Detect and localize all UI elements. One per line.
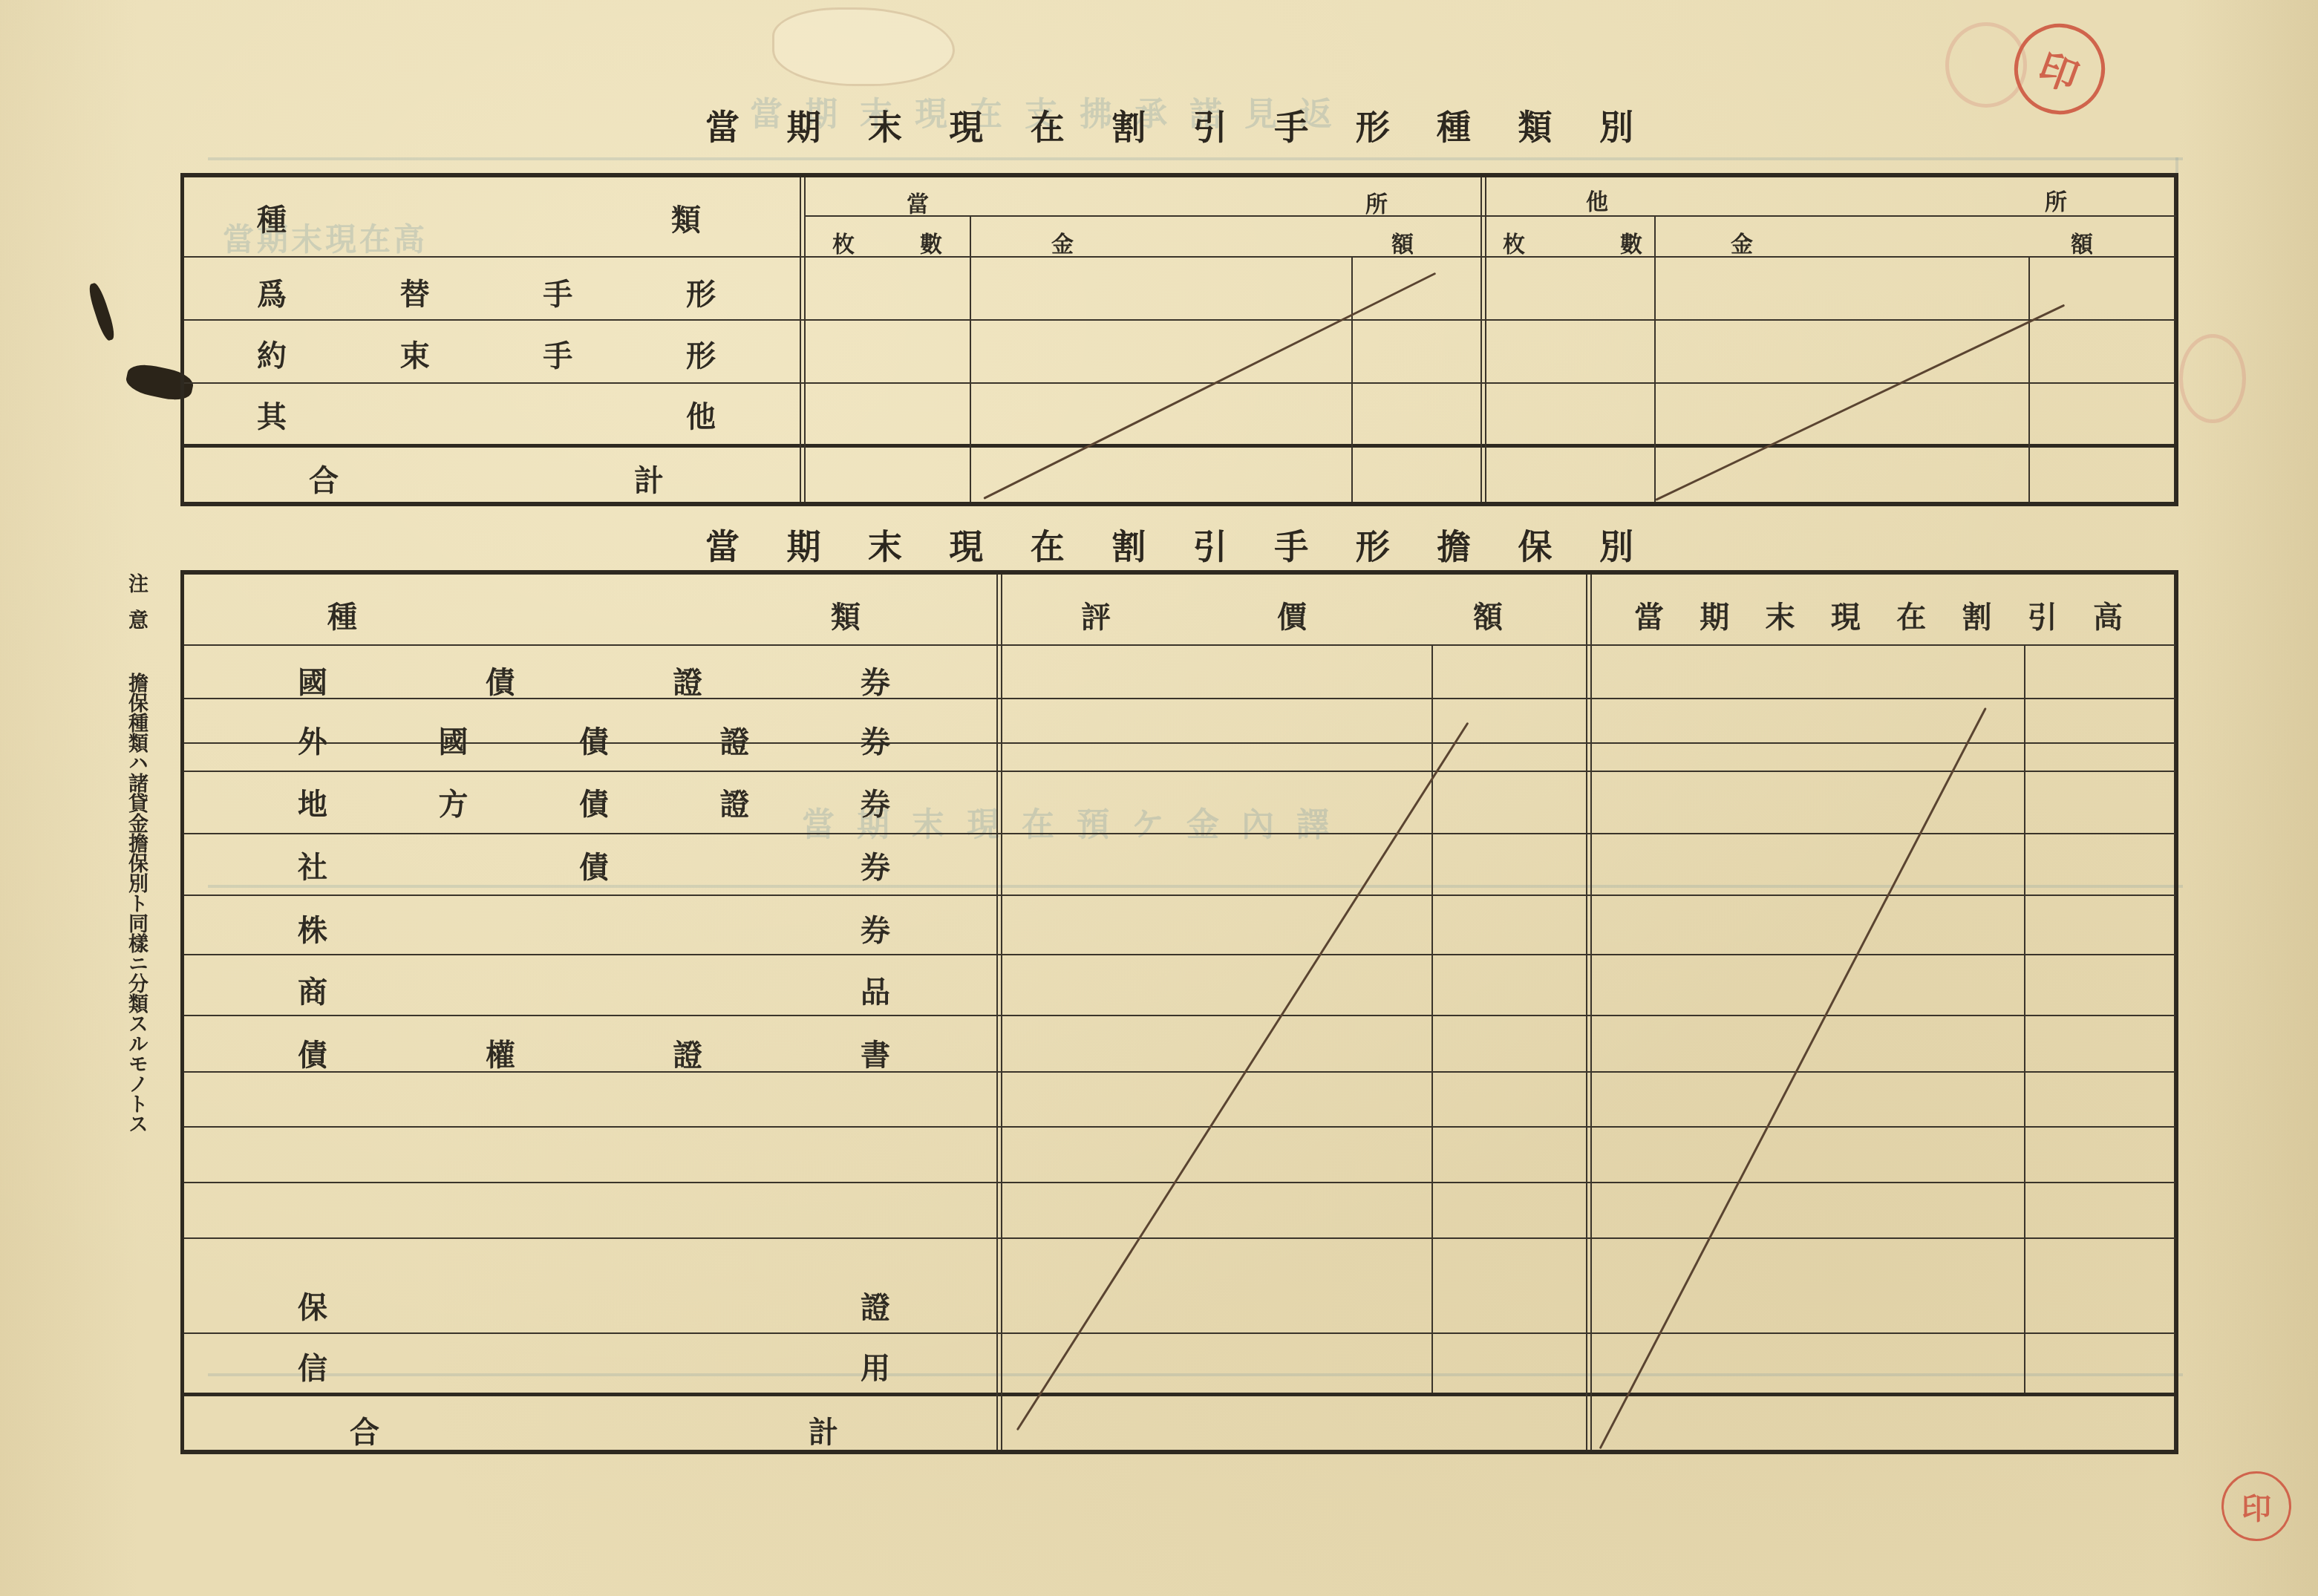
table1-total-label: 合 計 — [308, 457, 665, 500]
header-char: 評 — [1080, 594, 1111, 636]
table1-header-this-office: 當 所 — [902, 186, 1392, 218]
title-char: 引 — [1193, 520, 1227, 569]
label-char: 束 — [399, 333, 431, 375]
label-char: 券 — [860, 659, 891, 701]
header-char: 額 — [2066, 226, 2097, 258]
title-char: 在 — [1031, 100, 1065, 149]
header-char: 金 — [1047, 226, 1078, 258]
label-char: 債 — [297, 1032, 328, 1074]
label-char: 債 — [578, 781, 610, 823]
table1-header-amount: 金 額 — [1047, 226, 1418, 258]
header-char: 數 — [1616, 226, 1647, 258]
table1-total-rule — [184, 444, 2175, 448]
label-char: 方 — [438, 781, 469, 823]
table2-row-rule — [184, 1182, 2175, 1183]
label-char: 形 — [685, 333, 716, 375]
header-char: 額 — [1472, 594, 1504, 636]
label-char: 信 — [297, 1345, 328, 1387]
table1-office-divider — [1480, 177, 1482, 502]
table2-total-rule — [184, 1393, 2175, 1396]
label-char: 合 — [308, 457, 339, 500]
header-char: 類 — [670, 197, 702, 239]
title-char: 種 — [1437, 100, 1471, 149]
table2-header-discount-balance: 當 期 末 現 在 割 引 高 — [1633, 594, 2123, 636]
title-char: 手 — [1274, 100, 1308, 149]
title-char: 在 — [1031, 520, 1065, 569]
table1-amount-inner — [2028, 256, 2030, 502]
label-char: 國 — [438, 719, 469, 761]
header-char: 所 — [1361, 186, 1392, 218]
label-char: 券 — [860, 781, 891, 823]
title-char: 形 — [1356, 100, 1390, 149]
title-char: 現 — [949, 100, 983, 149]
table2-header-rule — [184, 644, 2175, 646]
label-char: 商 — [297, 969, 328, 1011]
label-char: 債 — [578, 844, 610, 886]
table2-row-rule — [184, 1237, 2175, 1239]
header-char: 引 — [2027, 594, 2058, 636]
label-char: 品 — [860, 969, 891, 1011]
header-char: 額 — [1387, 226, 1418, 258]
label-char: 證 — [672, 659, 703, 701]
table2-col-divider — [1586, 575, 1587, 1450]
table1-row-label: 其 他 — [256, 393, 716, 436]
table2-row-rule — [184, 954, 2175, 955]
table1-header-other-office: 他 所 — [1581, 183, 2071, 216]
table1-row-label: 約 束 手 形 — [256, 333, 716, 375]
table1-header-count: 枚 數 — [1498, 226, 1647, 258]
header-char: 他 — [1581, 183, 1613, 216]
label-char: 株 — [297, 907, 328, 949]
table2-border-right — [2174, 570, 2178, 1454]
title-char: 割 — [1111, 100, 1146, 149]
table2-row-label: 國 債 證 券 — [297, 659, 891, 701]
label-char: 手 — [542, 271, 573, 313]
title-char: 末 — [868, 520, 902, 569]
label-char: 權 — [485, 1032, 516, 1074]
red-seal-top-right: 印 — [2002, 11, 2118, 127]
label-char: 保 — [297, 1284, 328, 1327]
side-note: 注意擔保種類ハ諸貸金擔保別ト同樣ニ分類スルモノトス — [119, 573, 148, 1134]
cancel-stroke — [1655, 304, 2065, 501]
table1-count-divider — [1654, 215, 1656, 502]
seal-glyph: 印 — [2242, 1485, 2271, 1528]
table2-total-label: 合 計 — [349, 1409, 839, 1451]
header-char: 高 — [2092, 594, 2123, 636]
title-char: 期 — [786, 520, 820, 569]
table2-row-label: 信 用 — [297, 1345, 891, 1387]
table1-header-kind: 種 類 — [256, 197, 702, 239]
cancel-stroke — [1599, 707, 1987, 1449]
label-char: 社 — [297, 844, 328, 886]
label-char: 外 — [297, 719, 328, 761]
table1-label-divider — [804, 177, 806, 502]
table2-row-label: 地 方 債 證 券 — [297, 781, 891, 823]
label-char: 用 — [860, 1345, 891, 1387]
header-char: 當 — [1633, 594, 1665, 636]
cancel-stroke — [983, 272, 1436, 500]
table1-office-divider — [1485, 177, 1486, 502]
table2-row-label: 社 債 券 — [297, 844, 891, 886]
ink-blot — [86, 281, 117, 342]
title-char: 手 — [1274, 520, 1308, 569]
table1-amount-inner — [1351, 256, 1353, 502]
table2-label-divider — [1001, 575, 1002, 1450]
label-char: 他 — [685, 393, 716, 436]
table1-border-right — [2174, 173, 2178, 506]
label-char: 證 — [719, 781, 751, 823]
table1-count-divider — [970, 215, 971, 502]
table2-title: 當 期 末 現 在 割 引 手 形 擔 保 別 — [705, 520, 1633, 569]
table2-col-divider — [1590, 575, 1592, 1450]
header-char: 類 — [830, 594, 861, 636]
table1-header-count: 枚 數 — [828, 226, 947, 258]
table1-row-rule — [184, 382, 2175, 384]
label-char: 合 — [349, 1409, 380, 1451]
title-char: 類 — [1518, 100, 1553, 149]
label-char: 計 — [633, 457, 665, 500]
label-char: 形 — [685, 271, 716, 313]
table2-row-label: 商 品 — [297, 969, 891, 1011]
label-char: 債 — [485, 659, 516, 701]
label-char: 地 — [297, 781, 328, 823]
label-char: 券 — [860, 719, 891, 761]
seal-glyph: 印 — [2032, 36, 2088, 102]
header-char: 在 — [1896, 594, 1927, 636]
header-char: 數 — [915, 226, 947, 258]
header-char: 現 — [1830, 594, 1861, 636]
table2-row-label: 債 權 證 書 — [297, 1032, 891, 1074]
label-char: 爲 — [256, 271, 287, 313]
header-char: 當 — [902, 186, 933, 218]
header-char: 割 — [1961, 594, 1992, 636]
table1-row-label: 爲 替 手 形 — [256, 271, 716, 313]
table2-row-rule — [184, 895, 2175, 896]
title-char: 當 — [705, 520, 740, 569]
table2-header-kind: 種 類 — [327, 594, 861, 636]
header-char: 種 — [256, 197, 287, 239]
table1-label-divider — [800, 177, 801, 502]
title-char: 末 — [868, 100, 902, 149]
table2-row-rule — [184, 1332, 2175, 1334]
title-char: 引 — [1193, 100, 1227, 149]
title-char: 現 — [949, 520, 983, 569]
red-seal-bottom-right: 印 — [2221, 1471, 2291, 1541]
table1-title: 當 期 末 現 在 割 引 手 形 種 類 別 — [705, 100, 1633, 149]
table2-row-label: 外 國 債 證 券 — [297, 719, 891, 761]
faint-seal — [2179, 334, 2246, 423]
header-char: 價 — [1276, 594, 1307, 636]
table2-label-divider — [996, 575, 998, 1450]
label-char: 替 — [399, 271, 431, 313]
label-char: 書 — [860, 1032, 891, 1074]
table1-header-amount: 金 額 — [1726, 226, 2097, 258]
table2-row-rule — [184, 771, 2175, 772]
label-char: 計 — [808, 1409, 839, 1451]
header-char: 種 — [327, 594, 358, 636]
header-char: 期 — [1699, 594, 1730, 636]
title-char: 保 — [1518, 520, 1553, 569]
title-char: 割 — [1111, 520, 1146, 569]
header-char: 金 — [1726, 226, 1757, 258]
title-char: 當 — [705, 100, 740, 149]
table2-balance-inner — [2024, 646, 2025, 1393]
table2-row-rule — [184, 1015, 2175, 1016]
label-char: 券 — [860, 907, 891, 949]
header-char: 枚 — [828, 226, 859, 258]
label-char: 手 — [542, 333, 573, 375]
title-char: 形 — [1356, 520, 1390, 569]
side-note-heading: 注意 — [125, 573, 148, 646]
table1-row-rule — [184, 319, 2175, 321]
table1-border-top — [182, 173, 2178, 177]
table2-border-top — [182, 570, 2178, 575]
label-char: 其 — [256, 393, 287, 436]
header-char: 枚 — [1498, 226, 1529, 258]
title-char: 別 — [1599, 520, 1633, 569]
table2-border-left — [180, 570, 184, 1454]
table2-valuation-inner — [1431, 646, 1433, 1393]
label-char: 證 — [672, 1032, 703, 1074]
bleed-through-rule — [208, 157, 2183, 160]
label-char: 債 — [578, 719, 610, 761]
label-char: 約 — [256, 333, 287, 375]
table2-row-label: 保 證 — [297, 1284, 891, 1327]
table2-row-label: 株 券 — [297, 907, 891, 949]
table2-row-rule — [184, 833, 2175, 834]
table2-header-valuation: 評 價 額 — [1080, 594, 1504, 636]
title-char: 擔 — [1437, 520, 1471, 569]
header-char: 末 — [1765, 594, 1796, 636]
label-char: 證 — [719, 719, 751, 761]
table1-border-left — [180, 173, 184, 506]
title-char: 別 — [1599, 100, 1633, 149]
title-char: 期 — [786, 100, 820, 149]
label-char: 券 — [860, 844, 891, 886]
table2-row-rule — [184, 1126, 2175, 1128]
label-char: 證 — [860, 1284, 891, 1327]
paper-damage-stain — [772, 7, 955, 86]
label-char: 國 — [297, 659, 328, 701]
header-char: 所 — [2040, 183, 2071, 216]
side-note-text: 擔保種類ハ諸貸金擔保別ト同樣ニ分類スルモノトス — [125, 673, 148, 1134]
table1-border-bottom — [182, 502, 2178, 506]
